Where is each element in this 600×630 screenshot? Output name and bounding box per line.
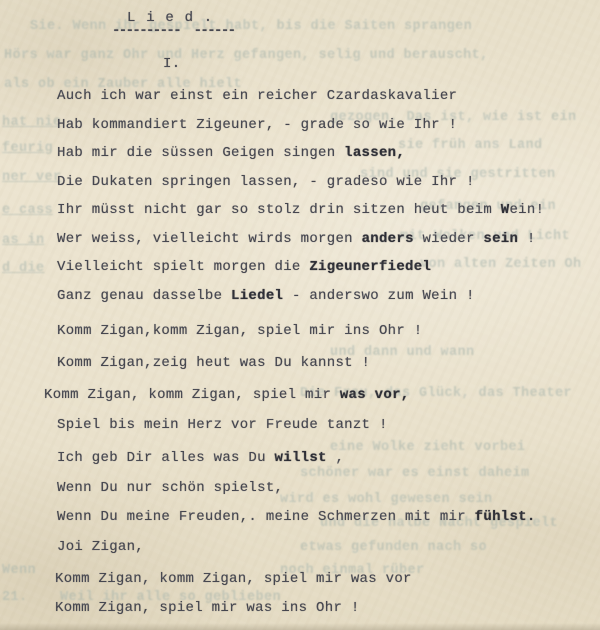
typed-text: , [327, 450, 344, 466]
page-bottom-edge [0, 623, 600, 630]
typed-text: Wenn Du nur schön spielst, [57, 480, 283, 496]
overstruck-text: sein [483, 231, 518, 247]
poem-line: Ganz genau dasselbe Liedel - anderswo zu… [57, 288, 475, 304]
typed-text: Komm Zigan, spiel mir was ins Ohr ! [55, 600, 360, 616]
typed-text: Komm Zigan,zeig heut was Du kannst ! [57, 355, 370, 371]
overstruck-text: fühlst. [475, 509, 536, 525]
typed-text: Auch ich war einst ein reicher Czardaska… [57, 88, 457, 104]
typed-text: Hab kommandiert Zigeuner, - grade so wie… [57, 117, 457, 133]
typed-text: Komm Zigan,komm Zigan, spiel mir ins Ohr… [57, 323, 422, 339]
poem-line: Spiel bis mein Herz vor Freude tanzt ! [57, 417, 388, 433]
typed-text: Ich geb Dir alles was Du [57, 450, 275, 466]
typed-text: Vielleicht spielt morgen die [57, 259, 309, 275]
poem-line: Vielleicht spielt morgen die Zigeunerfie… [57, 259, 431, 275]
poem-line: Wer weiss, vielleicht wirds morgen ander… [57, 231, 536, 247]
typed-text: Komm Zigan, komm Zigan, spiel mir [44, 387, 340, 403]
typed-text: ! [518, 231, 535, 247]
typed-text: Hab mir die süssen Geigen singen [57, 145, 344, 161]
overstruck-text: Zigeunerfiedel [309, 259, 431, 275]
overstruck-text: Liedel [231, 288, 283, 304]
poem-line: Auch ich war einst ein reicher Czardaska… [57, 88, 457, 104]
poem-line: Ihr müsst nicht gar so stolz drin sitzen… [57, 202, 544, 218]
typewritten-text-layer: L i e d . ---------- ------ I. Auch ich … [0, 0, 600, 630]
poem-line: Wenn Du nur schön spielst, [57, 480, 283, 496]
typed-text: Die Dukaten springen lassen, - gradeso w… [57, 174, 475, 190]
poem-line: Komm Zigan,zeig heut was Du kannst ! [57, 355, 370, 371]
typed-text: Wenn Du meine Freuden,. meine Schmerzen … [57, 509, 475, 525]
typed-text: Spiel bis mein Herz vor Freude tanzt ! [57, 417, 388, 433]
typed-text: Wer weiss, vielleicht wirds morgen [57, 231, 362, 247]
typed-text: Ihr müsst nicht gar so stolz drin sitzen… [57, 202, 501, 218]
typed-text: Komm Zigan, komm Zigan, spiel mir was vo… [55, 571, 412, 587]
typed-text: Ganz genau dasselbe [57, 288, 231, 304]
poem-line: Ich geb Dir alles was Du willst , [57, 450, 344, 466]
typed-text: ein! [509, 202, 544, 218]
overstruck-text: anders [362, 231, 414, 247]
document-page: Sie. Wenn ihr gespielt habt, bis die Sai… [0, 0, 600, 630]
poem-line: Die Dukaten springen lassen, - gradeso w… [57, 174, 475, 190]
poem-line: Komm Zigan, komm Zigan, spiel mir was vo… [44, 387, 409, 403]
overstruck-text: lassen, [344, 145, 405, 161]
poem-line: Joi Zigan, [57, 539, 144, 555]
poem-line: Komm Zigan,komm Zigan, spiel mir ins Ohr… [57, 323, 422, 339]
overstruck-text: willst [275, 450, 327, 466]
overstruck-text: was vor, [340, 387, 410, 403]
poem-line: Komm Zigan, komm Zigan, spiel mir was vo… [55, 571, 412, 587]
poem-line: Komm Zigan, spiel mir was ins Ohr ! [55, 600, 360, 616]
typed-text: - anderswo zum Wein ! [283, 288, 474, 304]
title-underline: ---------- ------ [112, 23, 234, 39]
poem-line: Hab mir die süssen Geigen singen lassen, [57, 145, 405, 161]
typed-text: Joi Zigan, [57, 539, 144, 555]
poem-line: Wenn Du meine Freuden,. meine Schmerzen … [57, 509, 536, 525]
typed-text: wieder [414, 231, 484, 247]
stanza-number: I. [163, 56, 180, 72]
poem-line: Hab kommandiert Zigeuner, - grade so wie… [57, 117, 457, 133]
